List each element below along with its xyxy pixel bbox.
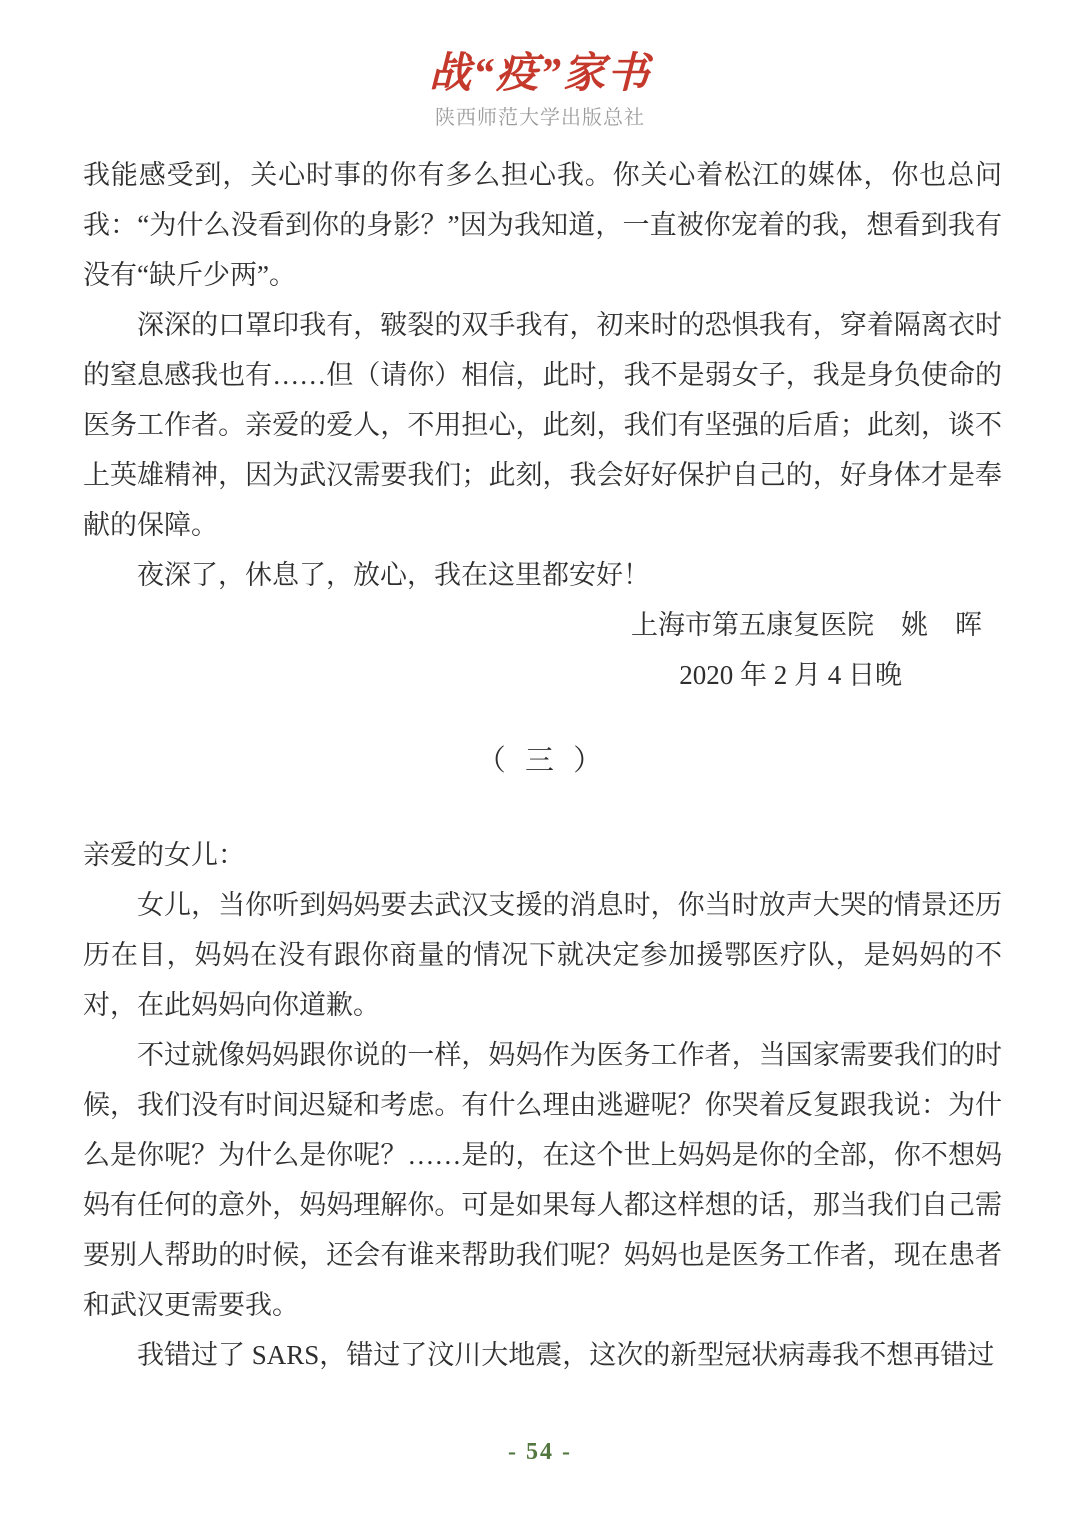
book-page: 战“疫”家书 陕西师范大学出版总社 我能感受到，关心时事的你有多么担心我。你关心… [0, 0, 1080, 1524]
letter1-date: 2020 年 2 月 4 日晚 [83, 650, 1002, 700]
letter2-paragraph: 我错过了 SARS，错过了汶川大地震，这次的新型冠状病毒我不想再错过 [83, 1330, 1002, 1380]
letter1-paragraph: 深深的口罩印我有，皲裂的双手我有，初来时的恐惧我有，穿着隔离衣时的窒息感我也有…… [83, 300, 1002, 550]
section-heading: （ 三 ） [83, 736, 1002, 786]
letter2-paragraph: 女儿，当你听到妈妈要去武汉支援的消息时，你当时放声大哭的情景还历历在目，妈妈在没… [83, 880, 1002, 1030]
series-logo: 战“疫”家书 [0, 50, 1080, 98]
page-header: 战“疫”家书 陕西师范大学出版总社 [0, 0, 1080, 130]
letter1-paragraph: 夜深了，休息了，放心，我在这里都安好！ [83, 550, 1002, 600]
letter-body: 我能感受到，关心时事的你有多么担心我。你关心着松江的媒体，你也总问我：“为什么没… [83, 150, 1002, 1380]
letter2-salutation: 亲爱的女儿： [83, 830, 1002, 880]
page-number: - 54 - [0, 1439, 1080, 1466]
letter2-paragraph: 不过就像妈妈跟你说的一样，妈妈作为医务工作者，当国家需要我们的时候，我们没有时间… [83, 1030, 1002, 1330]
letter1-paragraph: 我能感受到，关心时事的你有多么担心我。你关心着松江的媒体，你也总问我：“为什么没… [83, 150, 1002, 300]
letter1-signature: 上海市第五康复医院 姚 晖 [83, 600, 1002, 650]
publisher-name: 陕西师范大学出版总社 [0, 106, 1080, 130]
